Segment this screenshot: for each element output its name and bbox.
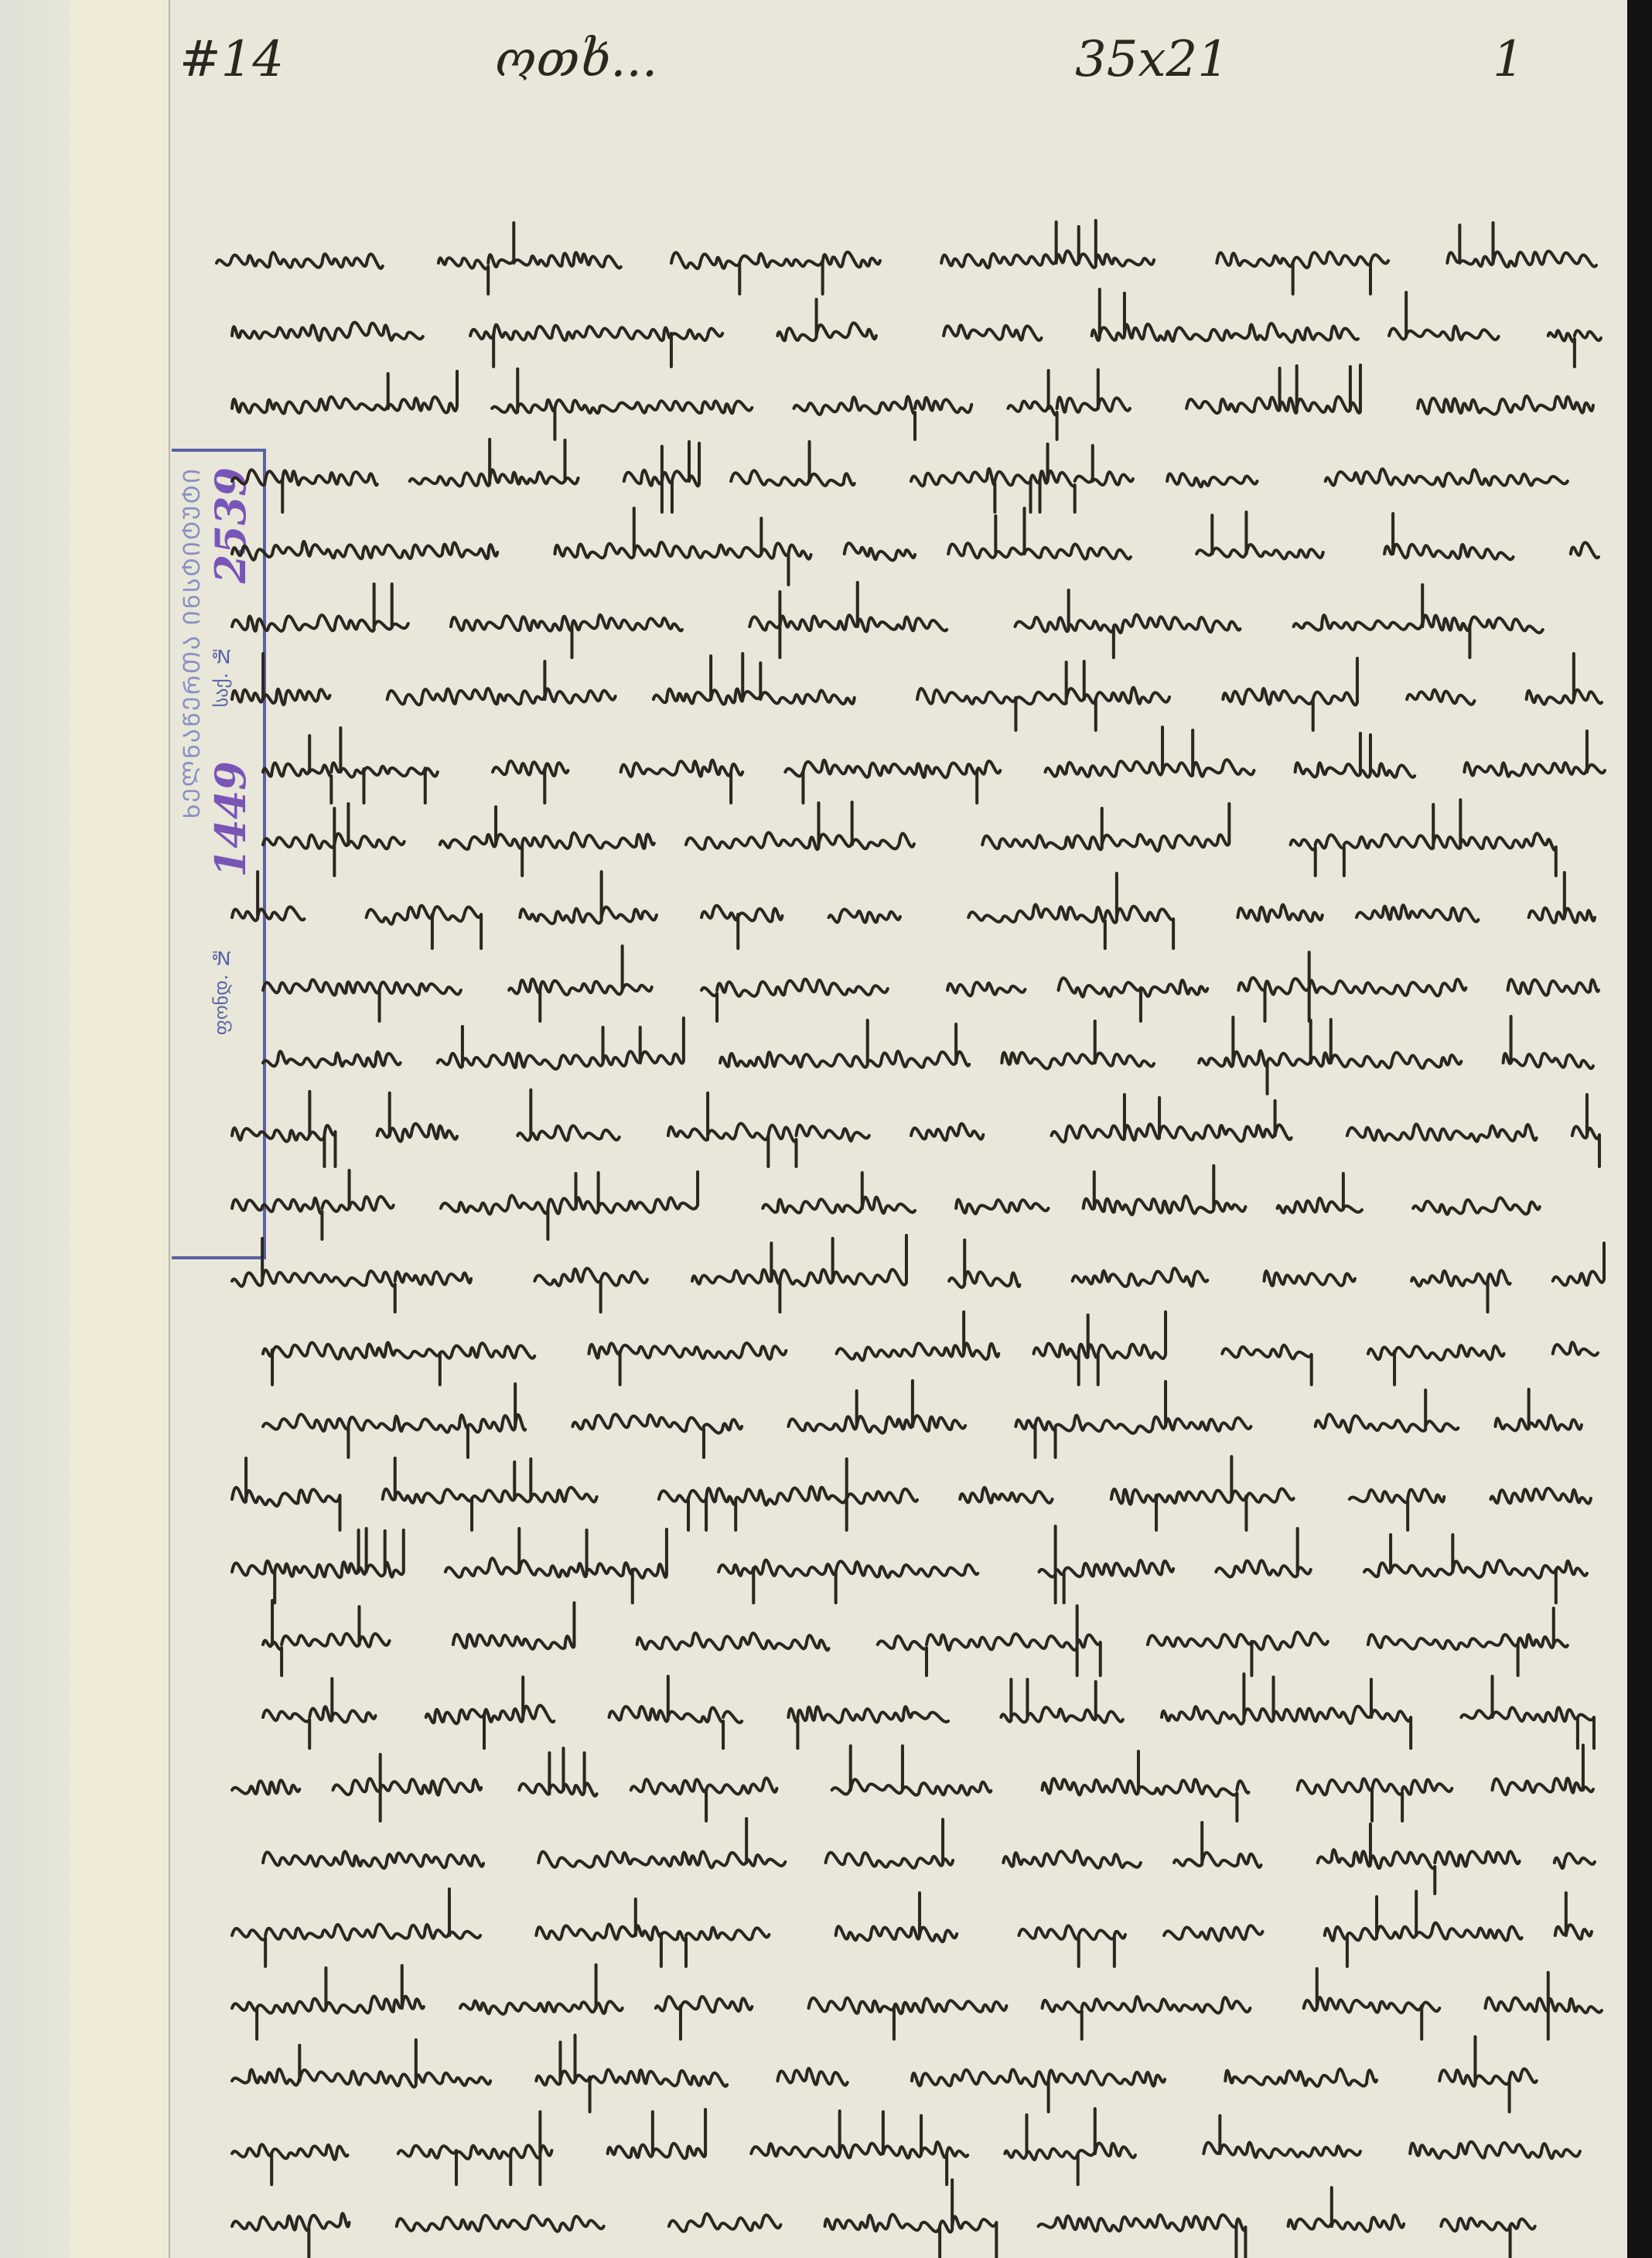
handwritten-line <box>224 661 1606 722</box>
handwritten-line <box>224 1170 1606 1231</box>
handwritten-line <box>255 1388 1606 1450</box>
scan-edge-dark <box>1627 0 1652 2258</box>
handwritten-line <box>224 297 1606 359</box>
handwritten-line <box>255 951 1606 1013</box>
handwritten-line <box>255 1315 1606 1377</box>
handwritten-line <box>224 2115 1606 2177</box>
handwritten-line <box>224 879 1606 941</box>
dimensions-note: 35x21 <box>1075 31 1229 88</box>
handwritten-line <box>224 1097 1606 1159</box>
handwritten-line <box>255 1824 1606 1886</box>
handwritten-line <box>224 1460 1606 1522</box>
handwritten-line <box>224 2188 1606 2249</box>
handwritten-line <box>255 806 1606 868</box>
handwritten-line <box>224 1897 1606 1959</box>
handwritten-line <box>224 588 1606 650</box>
page-number: 1 <box>1493 31 1524 88</box>
header-title-word: ოთხ... <box>495 31 657 88</box>
handwritten-line <box>224 370 1606 432</box>
handwritten-line <box>209 224 1606 286</box>
handwritten-line <box>224 2042 1606 2104</box>
handwritten-line <box>224 442 1606 504</box>
handwritten-line <box>224 1242 1606 1304</box>
handwritten-line <box>255 1024 1606 1086</box>
handwritten-line <box>255 1606 1606 1668</box>
handwritten-line <box>224 1969 1606 2031</box>
handwritten-line <box>255 733 1606 795</box>
stamp-fond-number: 1449 <box>206 761 255 877</box>
handwritten-line <box>224 1533 1606 1595</box>
backing-strip-left <box>0 0 70 2258</box>
item-number: #14 <box>179 31 284 88</box>
backing-strip-mid <box>70 0 169 2258</box>
handwritten-line <box>224 515 1606 577</box>
handwritten-line <box>224 1751 1606 1813</box>
handwritten-line <box>255 1679 1606 1740</box>
stamp-printed-text: ᲮᲔᲚᲜᲐᲬᲔᲠᲗᲐ ᲘᲜᲡᲢᲘᲢᲣᲢᲘ <box>176 467 208 819</box>
stamp-fond-label: ფონდ. № <box>210 947 232 1035</box>
